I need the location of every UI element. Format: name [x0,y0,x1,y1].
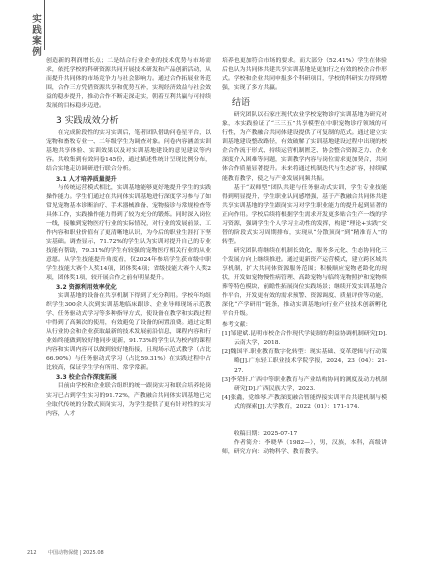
page-footer: 212 中国动物保健 | 2025.08 [27,549,104,556]
subsection-3-1-text: 与传统运营模式相比，实训基地能够更好地提升学生的实践操作能力。学生们通过在共同体… [46,184,211,284]
continued-paragraph: 培养也更加符合市场的要求。而大部分（52.41%）学生在体验后也认为共同体共建共… [222,57,387,93]
page-number: 212 [27,550,37,556]
conclusion-paragraph: 研究团队将继续在机制长效化、服务多元化、生态协同化三个发展方向上继续推进。通过更… [222,247,387,319]
intro-paragraph: 创造新的利润增长点；二是结合行业企业的技术优势与市场需求，依托学校的科研资源共同… [46,57,211,111]
conclusion-paragraph: 基于“双师型”团队共建与任务驱动式实训，学生专业技能得到明显提升，学生职业认同感… [222,184,387,247]
conclusion-heading: 结语 [232,97,387,110]
section-tab-label: 实践案例 [31,14,43,58]
received-date: 收稿日期：2025-07-17 [222,430,387,439]
right-column: 培养也更加符合市场的要求。而大部分（52.41%）学生在体验后也认为共同体共建共… [222,57,387,457]
references-title: 参考文献： [222,321,387,330]
section-3-heading: 3 实践成效分析 [56,115,211,128]
reference-item: [2]魏国平.职业教育数字化转型：现实基础、变革逻辑与行动策略[J].广东轻工职… [222,348,387,375]
subsection-3-2-heading: 3.2 资源利用效率优化 [56,283,211,292]
left-column: 创造新的利润增长点；二是结合行业企业的技术优势与市场需求，依托学校的科研资源共同… [46,57,211,419]
author-bio: 作者简介：李晓华（1982—），男，汉族，本科，高级讲师，研究方向：动物科学、教… [222,439,387,457]
section-3-intro: 在完成阶段性的实习实训后，笔者团队借助问卷星平台，以宠物和畜牧专业一、二年级学生… [46,129,211,174]
subsection-3-3-heading: 3.3 校企合作深度拓展 [56,373,211,382]
subsection-3-1-heading: 3.1 人才培养质量提升 [56,175,211,184]
reference-item: [4]张鑫，党维琴.产教深度融合智能焊接实训平台共建机制与模式的探索[J].大学… [222,394,387,412]
reference-item: [1]邹建斌.昆明市校企合作现代学徒制的利益协调机制研究[D].云南大学，201… [222,330,387,348]
conclusion-paragraph: 研究团队以石家庄现代农业学校宠物诊疗实训基地为研究对象，本实践验证了“三三五”共… [222,111,387,183]
reference-item: [3]李荣轩.广西中等职业教育与产业结构协同的测度及动力机制研究[D].广西民族… [222,376,387,394]
journal-name: 中国动物保健 | 2025.08 [48,550,104,556]
side-rule [44,0,45,50]
subsection-3-2-text: 实训基地的设备在共享机制下得到了充分利用。学校年均组织学生300余人次到实训基地… [46,292,211,373]
subsection-3-3-text: 目前由学校和企业联合组织的统一跟岗实习和联合培养轮岗实习已占到学生实习的91.7… [46,382,211,418]
